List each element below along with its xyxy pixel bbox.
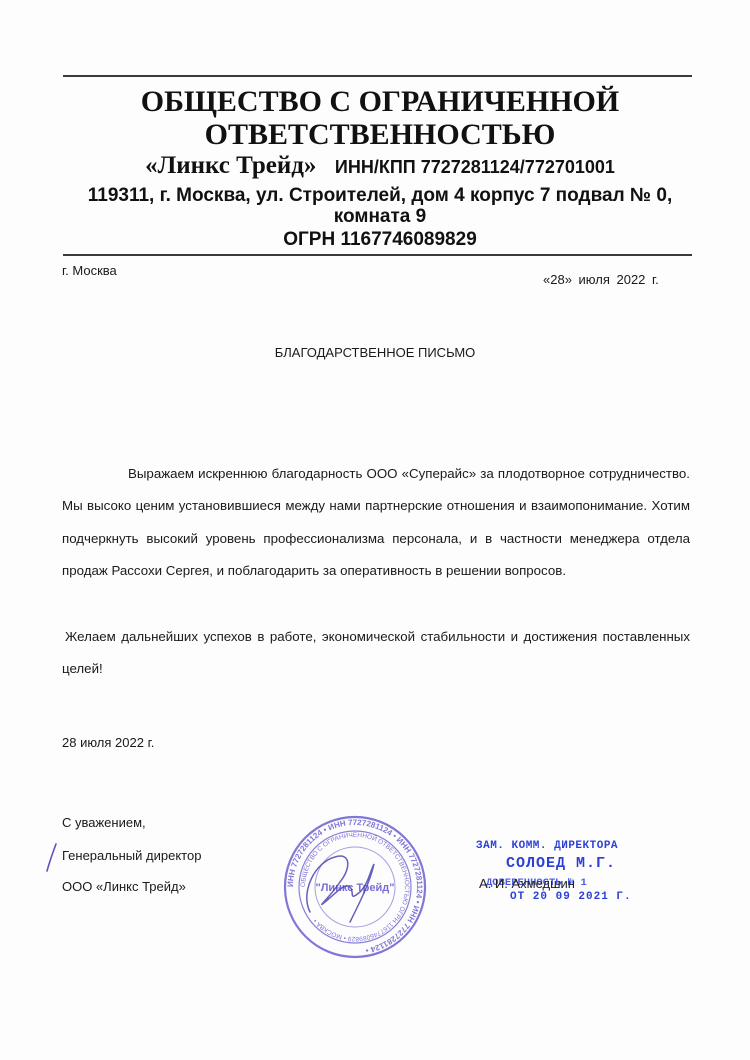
closing-regards: С уважением, — [62, 815, 146, 830]
signer-name: А. И. Ахмедшин — [479, 876, 575, 891]
closing-date: 28 июля 2022 г. — [62, 735, 154, 750]
svg-text:"Линкс Трейд": "Линкс Трейд" — [316, 882, 395, 894]
pen-mark-icon — [44, 842, 60, 874]
company-address-line2: комната 9 — [0, 206, 750, 228]
company-address-line1: 119311, г. Москва, ул. Строителей, дом 4… — [0, 185, 750, 207]
company-name: «Линкс Трейд» — [145, 152, 316, 179]
company-seal-icon: ИНН 7727281124 • ИНН 7727281124 • ИНН 77… — [270, 812, 440, 962]
letter-date: «28» июля 2022 г. — [543, 272, 659, 287]
letterhead-org-form-line1: ОБЩЕСТВО С ОГРАНИЧЕННОЙ — [0, 84, 750, 120]
letter-city: г. Москва — [62, 263, 117, 278]
stamp-position: ЗАМ. КОММ. ДИРЕКТОРА — [476, 840, 618, 852]
header-top-rule — [63, 75, 692, 77]
stamp-name: СОЛОЕД М.Г. — [506, 855, 616, 872]
letter-title: БЛАГОДАРСТВЕННОЕ ПИСЬМО — [0, 345, 750, 360]
company-ogrn: ОГРН 1167746089829 — [0, 229, 750, 251]
signer-company: ООО «Линкс Трейд» — [62, 879, 186, 894]
inn-kpp: ИНН/КПП 7727281124/772701001 — [335, 157, 615, 177]
letterhead-name-line: «Линкс Трейд» ИНН/КПП 7727281124/7727010… — [0, 152, 750, 180]
letter-paragraph-1: Выражаем искреннюю благодарность ООО «Су… — [62, 458, 690, 587]
letterhead-org-form-line2: ОТВЕТСТВЕННОСТЬЮ — [0, 117, 750, 153]
stamp-proxy-date: ОТ 20 09 2021 Г. — [510, 891, 632, 903]
letter-paragraph-2: Желаем дальнейших успехов в работе, экон… — [62, 621, 690, 686]
signer-position: Генеральный директор — [62, 848, 201, 863]
header-bottom-rule — [63, 254, 692, 256]
